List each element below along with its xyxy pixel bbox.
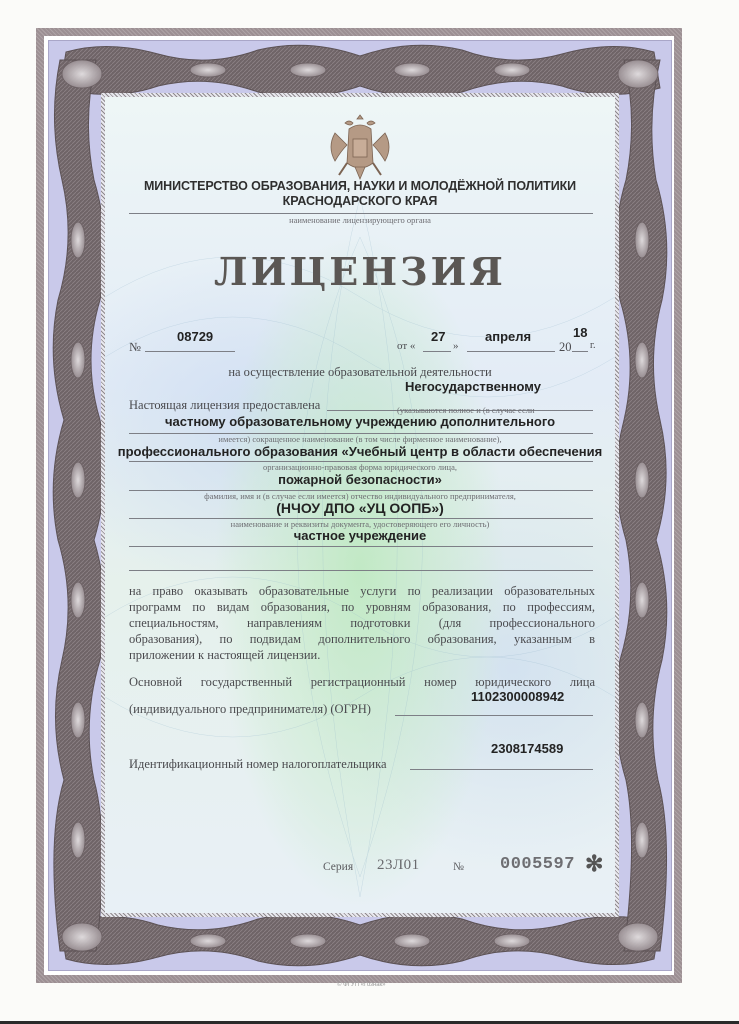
ogrn-rule	[395, 715, 593, 716]
form-serial-number: 0005597	[500, 855, 575, 874]
ogrn-label-line-2: (индивидуального предпринимателя) (ОГРН)	[129, 702, 371, 717]
document-title: ЛИЦЕНЗИЯ	[105, 249, 615, 294]
licensee-caption-3: организационно-правовая форма юридическо…	[105, 462, 615, 472]
day-rule	[423, 351, 451, 352]
inn-rule	[410, 769, 593, 770]
licensee-line-2: частному образовательному учреждению доп…	[105, 414, 615, 429]
authority-rule	[129, 213, 593, 214]
license-number: 08729	[177, 329, 213, 344]
licensee-line-4: пожарной безопасности»	[105, 472, 615, 487]
issuing-authority: МИНИСТЕРСТВО ОБРАЗОВАНИЯ, НАУКИ И МОЛОДЁ…	[105, 179, 615, 209]
license-content: МИНИСТЕРСТВО ОБРАЗОВАНИЯ, НАУКИ И МОЛОДЁ…	[105, 97, 615, 913]
licensee-caption-2: имеется) сокращенное наименование (в том…	[105, 434, 615, 444]
licensee-line-1: Негосударственному	[405, 379, 541, 394]
date-month: апреля	[485, 329, 531, 344]
year-rule	[572, 351, 588, 352]
date-day: 27	[431, 329, 445, 344]
date-prefix: от «	[397, 340, 415, 352]
printer-mark: © ФГУП «Гознак»	[337, 982, 386, 988]
inn-label: Идентификационный номер налогоплательщик…	[129, 757, 387, 772]
form-number-label: №	[453, 861, 464, 873]
inn-value: 2308174589	[491, 741, 563, 756]
month-rule	[467, 351, 555, 352]
ogrn-label-line-1: Основной государственный регистрационный…	[129, 675, 595, 690]
asterisk-mark-icon: ✻	[585, 851, 603, 877]
licensee-short-name: (НЧОУ ДПО «УЦ ООПБ»)	[105, 500, 615, 516]
licensee-rule-7	[129, 570, 593, 571]
ogrn-value: 1102300008942	[471, 689, 564, 704]
rights-paragraph: на право оказывать образовательные услуг…	[129, 583, 595, 663]
licensee-legal-form: частное учреждение	[105, 528, 615, 543]
series-value: 23Л01	[377, 857, 420, 874]
license-purpose: на осуществление образовательной деятель…	[105, 365, 615, 380]
date-mid: »	[453, 340, 459, 352]
licensee-rule-6	[129, 546, 593, 547]
licensee-line-3: профессионального образования «Учебный ц…	[105, 444, 615, 459]
russian-coat-of-arms-eagle-icon	[325, 111, 395, 183]
year-prefix: 20	[559, 340, 572, 355]
series-label: Серия	[323, 861, 353, 873]
number-rule	[145, 351, 235, 352]
year-unit: г.	[590, 340, 595, 351]
number-label: №	[129, 340, 141, 355]
authority-caption: наименование лицензирующего органа	[105, 215, 615, 225]
granted-label: Настоящая лицензия предоставлена	[129, 398, 320, 413]
year-suffix: 18	[573, 325, 587, 340]
license-panel: МИНИСТЕРСТВО ОБРАЗОВАНИЯ, НАУКИ И МОЛОДЁ…	[101, 93, 619, 917]
